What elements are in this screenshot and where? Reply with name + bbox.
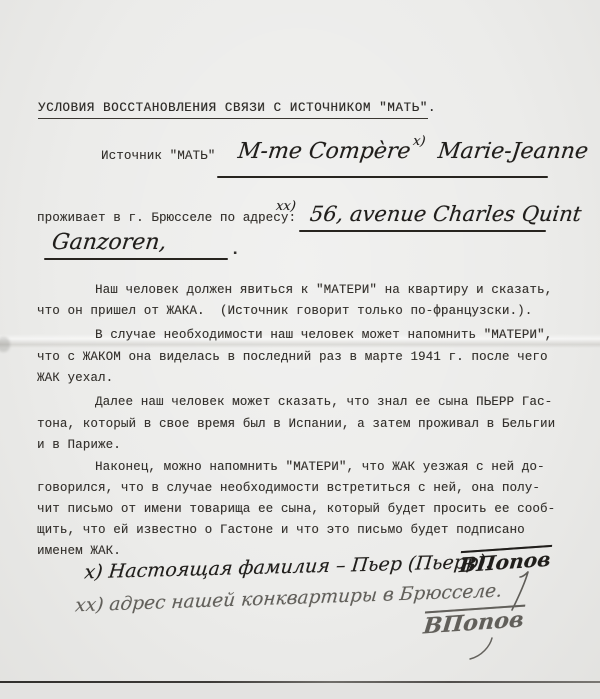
body-line: что с ЖАКОМ она виделась в последний раз… bbox=[37, 351, 548, 364]
footnote-1-signature: ВПопов bbox=[458, 549, 551, 575]
body-line: щить, что ей известно о Гастоне и что эт… bbox=[37, 524, 525, 537]
body-line: тона, который в свое время был в Испании… bbox=[37, 418, 555, 431]
source-name2-handwritten: Marie-Jeanne bbox=[437, 141, 590, 163]
body-line: именем ЖАК. bbox=[37, 545, 121, 558]
document-title: УСЛОВИЯ ВОССТАНОВЛЕНИЯ СВЯЗИ С ИСТОЧНИКО… bbox=[38, 102, 436, 115]
footnote-1-text: х) Настоящая фамилия – Пьер (Пьерр). bbox=[83, 553, 492, 583]
footnote-mark-1: х) bbox=[412, 135, 426, 148]
body-line: Далее наш человек может сказать, что зна… bbox=[95, 396, 552, 409]
source-label: Источник "МАТЬ" bbox=[101, 150, 215, 163]
address-underline-1 bbox=[299, 230, 546, 232]
address-label: проживает в г. Брюсселе по адресу: bbox=[37, 212, 296, 225]
body-line: говорился, что в случае необходимости вс… bbox=[37, 482, 540, 495]
document-title-text: УСЛОВИЯ ВОССТАНОВЛЕНИЯ СВЯЗИ С ИСТОЧНИКО… bbox=[38, 101, 428, 119]
source-name-handwritten: M-me Compère bbox=[237, 141, 412, 163]
address-period: . bbox=[230, 242, 240, 259]
body-line: Наконец, можно напомнить "МАТЕРИ", что Ж… bbox=[95, 461, 545, 474]
body-line: Наш человек должен явиться к "МАТЕРИ" на… bbox=[95, 284, 552, 297]
address-handwritten: 56, avenue Charles Quint bbox=[309, 204, 583, 225]
address-underline-2 bbox=[44, 258, 228, 260]
scanner-background bbox=[0, 683, 600, 699]
footnote-2-signature: ВПопов bbox=[422, 609, 524, 638]
address-handwritten-2: Ganzoren, bbox=[51, 232, 168, 254]
body-line: что он пришел от ЖАКА. (Источник говорит… bbox=[37, 305, 532, 318]
source-underline bbox=[217, 176, 548, 178]
body-line: и в Париже. bbox=[37, 439, 121, 452]
edge-smudge bbox=[0, 337, 10, 352]
document-title-period: . bbox=[428, 101, 436, 115]
signature-tail-stroke bbox=[420, 636, 510, 662]
body-line: В случае необходимости наш человек может… bbox=[95, 329, 552, 342]
body-line: чит письмо от имени товарища ее сына, ко… bbox=[37, 503, 555, 516]
footnote-2-text: хх) адрес нашей конквартиры в Брюсселе. bbox=[74, 583, 502, 616]
footnote-mark-2: хх) bbox=[275, 200, 296, 213]
body-line: ЖАК уехал. bbox=[37, 372, 113, 385]
